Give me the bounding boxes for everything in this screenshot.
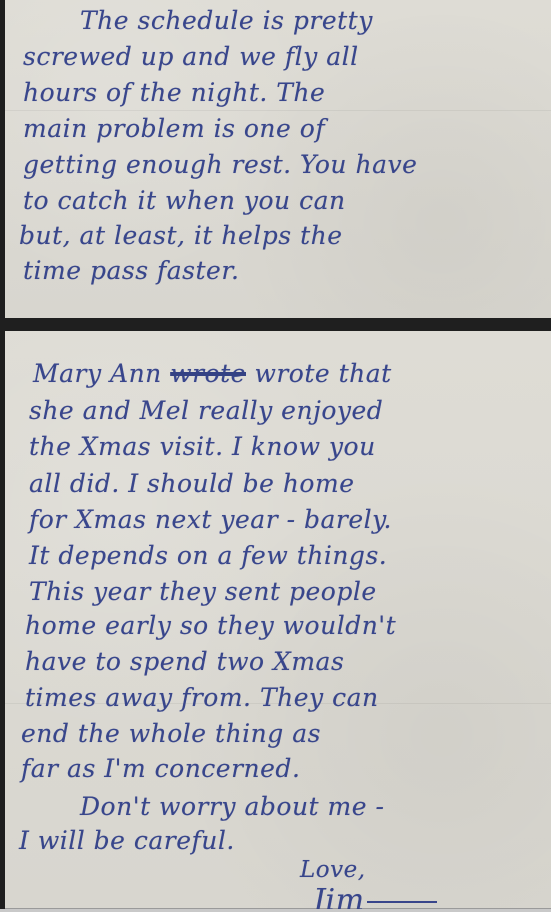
letter-line: hours of the night. The — [23, 80, 325, 105]
signature-name: Jim — [313, 883, 365, 912]
letter-line: for Xmas next year - barely. — [29, 507, 392, 532]
letter-line: have to spend two Xmas — [25, 649, 344, 674]
letter-line: I will be careful. — [19, 828, 235, 853]
paper-crease — [5, 110, 551, 111]
letter-line: Don't worry about me - — [80, 794, 384, 819]
letter-line: to catch it when you can — [23, 188, 346, 213]
page-divider — [0, 318, 551, 331]
letter-page-bottom: Mary Ann wrote wrote that she and Mel re… — [5, 331, 551, 909]
letter-line: time pass faster. — [23, 258, 239, 283]
letter-line: It depends on a few things. — [29, 543, 387, 568]
letter-text: wrote that — [254, 359, 391, 388]
letter-line: The schedule is pretty — [80, 8, 373, 33]
struck-out-word: wrote — [170, 359, 246, 388]
letter-line: the Xmas visit. I know you — [29, 434, 376, 459]
letter-line-with-strikeout: Mary Ann wrote wrote that — [33, 361, 392, 386]
letter-line: main problem is one of — [23, 116, 325, 141]
signature-flourish — [367, 901, 437, 903]
letter-line: getting enough rest. You have — [23, 152, 417, 177]
letter-line: but, at least, it helps the — [19, 223, 343, 248]
letter-line: end the whole thing as — [21, 721, 321, 746]
letter-page-top: The schedule is pretty screwed up and we… — [5, 0, 551, 318]
letter-line: home early so they wouldn't — [25, 613, 396, 638]
letter-line: This year they sent people — [29, 579, 377, 604]
letter-closing: Love, — [300, 859, 366, 882]
letter-line: far as I'm concerned. — [21, 756, 300, 781]
letter-line: times away from. They can — [25, 685, 379, 710]
letter-text: Mary Ann — [33, 359, 162, 388]
letter-line: all did. I should be home — [29, 471, 355, 496]
letter-line: screwed up and we fly all — [23, 44, 359, 69]
letter-line: she and Mel really enjoyed — [29, 398, 383, 423]
